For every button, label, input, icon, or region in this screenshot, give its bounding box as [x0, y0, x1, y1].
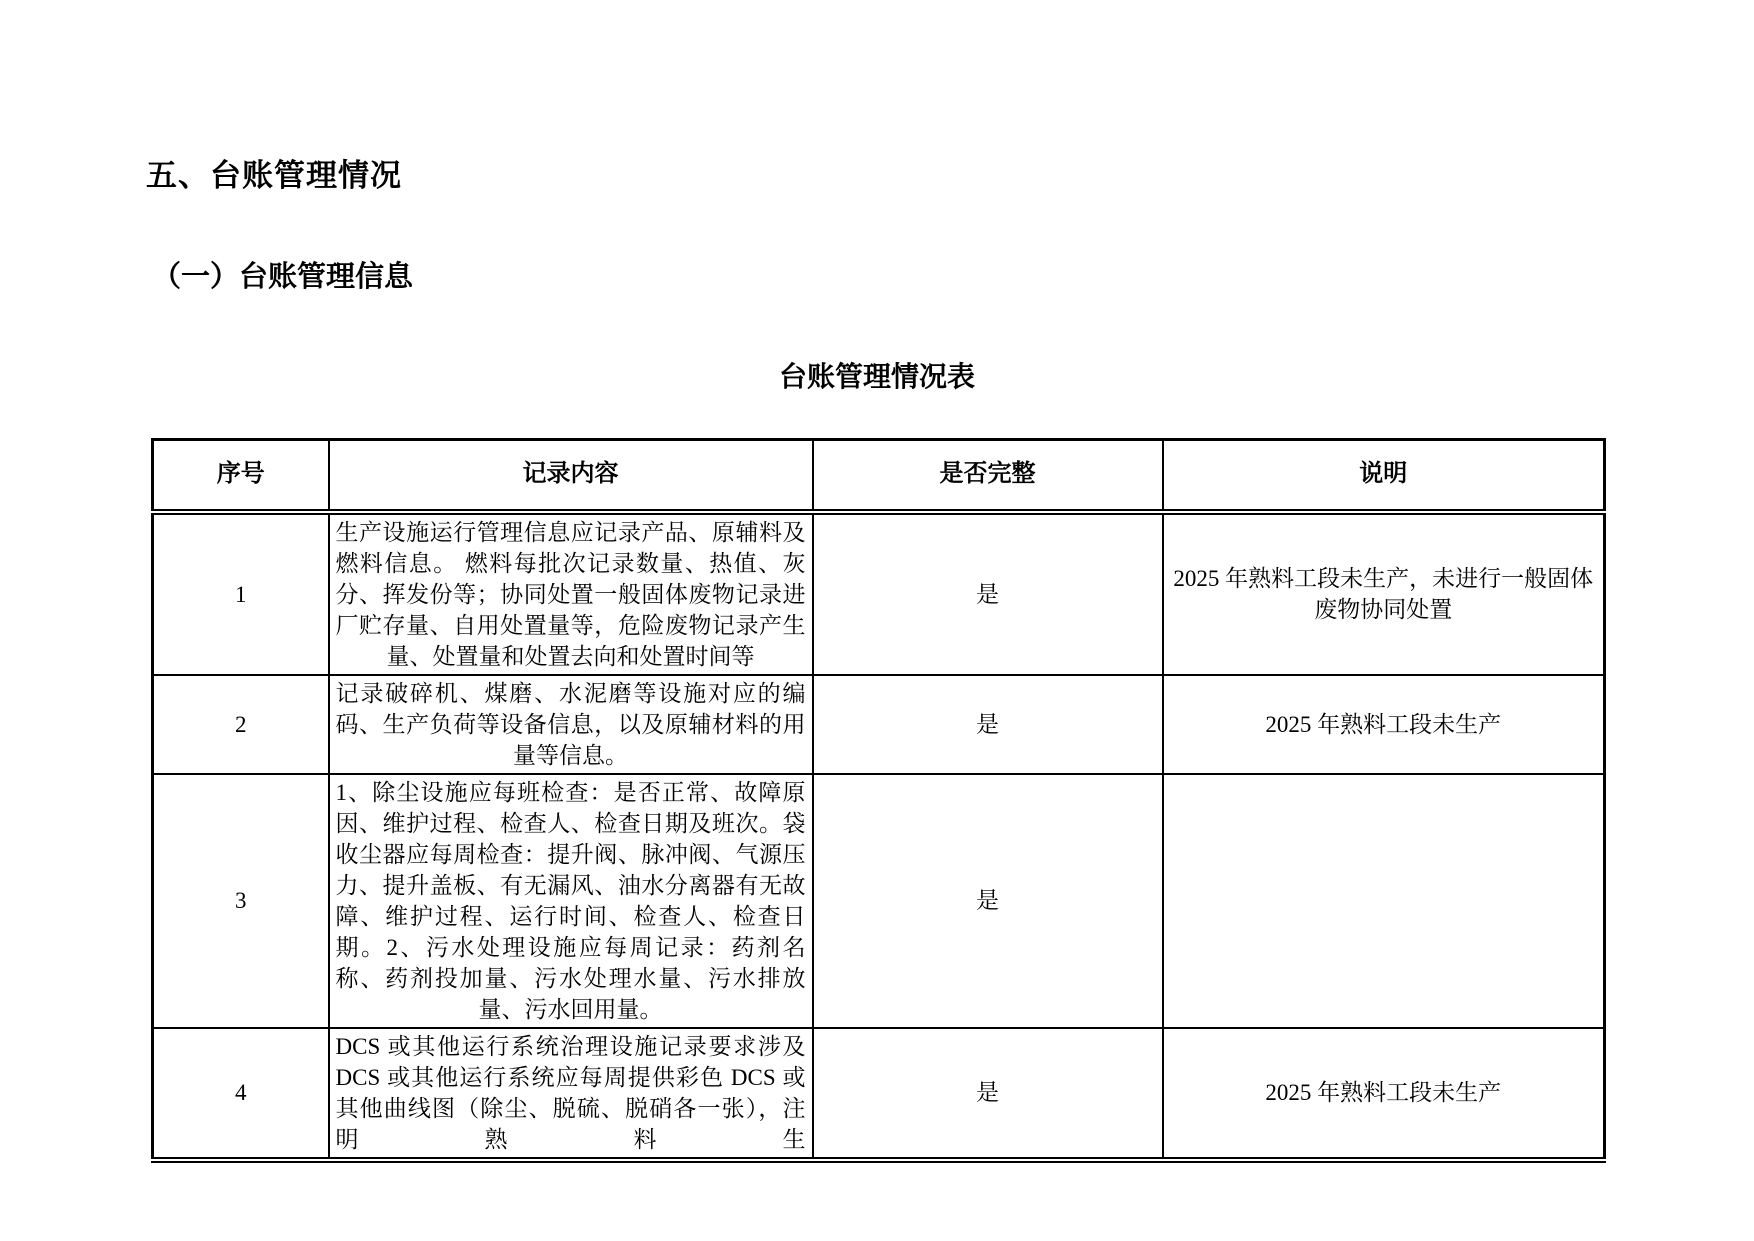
record-content-cell: DCS 或其他运行系统治理设施记录要求涉及 DCS 或其他运行系统应每周提供彩色…	[329, 1028, 813, 1160]
ledger-management-table: 序号 记录内容 是否完整 说明 1 生产设施运行管理信息应记录产品、原辅料及燃料…	[151, 438, 1606, 1163]
row-number-cell: 1	[153, 512, 329, 675]
record-content-cell: 记录破碎机、煤磨、水泥磨等设施对应的编码、生产负荷等设备信息，以及原辅材料的用量…	[329, 675, 813, 774]
table-header-row: 序号 记录内容 是否完整 说明	[153, 440, 1605, 512]
completeness-cell: 是	[813, 774, 1163, 1028]
document-page: 五、台账管理情况 （一）台账管理信息 台账管理情况表 序号 记录内容 是否完整 …	[0, 0, 1754, 1241]
col-header-no: 序号	[153, 440, 329, 512]
completeness-cell: 是	[813, 1028, 1163, 1160]
col-header-note: 说明	[1163, 440, 1605, 512]
completeness-cell: 是	[813, 512, 1163, 675]
subsection-heading: （一）台账管理信息	[152, 258, 413, 296]
row-number-cell: 2	[153, 675, 329, 774]
record-content-cell: 生产设施运行管理信息应记录产品、原辅料及燃料信息。 燃料每批次记录数量、热值、灰…	[329, 512, 813, 675]
col-header-complete: 是否完整	[813, 440, 1163, 512]
note-cell: 2025 年熟料工段未生产，未进行一般固体废物协同处置	[1163, 512, 1605, 675]
table-row: 1 生产设施运行管理信息应记录产品、原辅料及燃料信息。 燃料每批次记录数量、热值…	[153, 512, 1605, 675]
table-title: 台账管理情况表	[151, 360, 1603, 396]
row-number-cell: 4	[153, 1028, 329, 1160]
note-cell: 2025 年熟料工段未生产	[1163, 675, 1605, 774]
section-heading: 五、台账管理情况	[146, 156, 402, 196]
table-row: 2 记录破碎机、煤磨、水泥磨等设施对应的编码、生产负荷等设备信息，以及原辅材料的…	[153, 675, 1605, 774]
table-row: 3 1、除尘设施应每班检查：是否正常、故障原因、维护过程、检查人、检查日期及班次…	[153, 774, 1605, 1028]
row-number-cell: 3	[153, 774, 329, 1028]
col-header-content: 记录内容	[329, 440, 813, 512]
completeness-cell: 是	[813, 675, 1163, 774]
note-cell	[1163, 774, 1605, 1028]
table-row: 4 DCS 或其他运行系统治理设施记录要求涉及 DCS 或其他运行系统应每周提供…	[153, 1028, 1605, 1160]
note-cell: 2025 年熟料工段未生产	[1163, 1028, 1605, 1160]
record-content-cell: 1、除尘设施应每班检查：是否正常、故障原因、维护过程、检查人、检查日期及班次。袋…	[329, 774, 813, 1028]
